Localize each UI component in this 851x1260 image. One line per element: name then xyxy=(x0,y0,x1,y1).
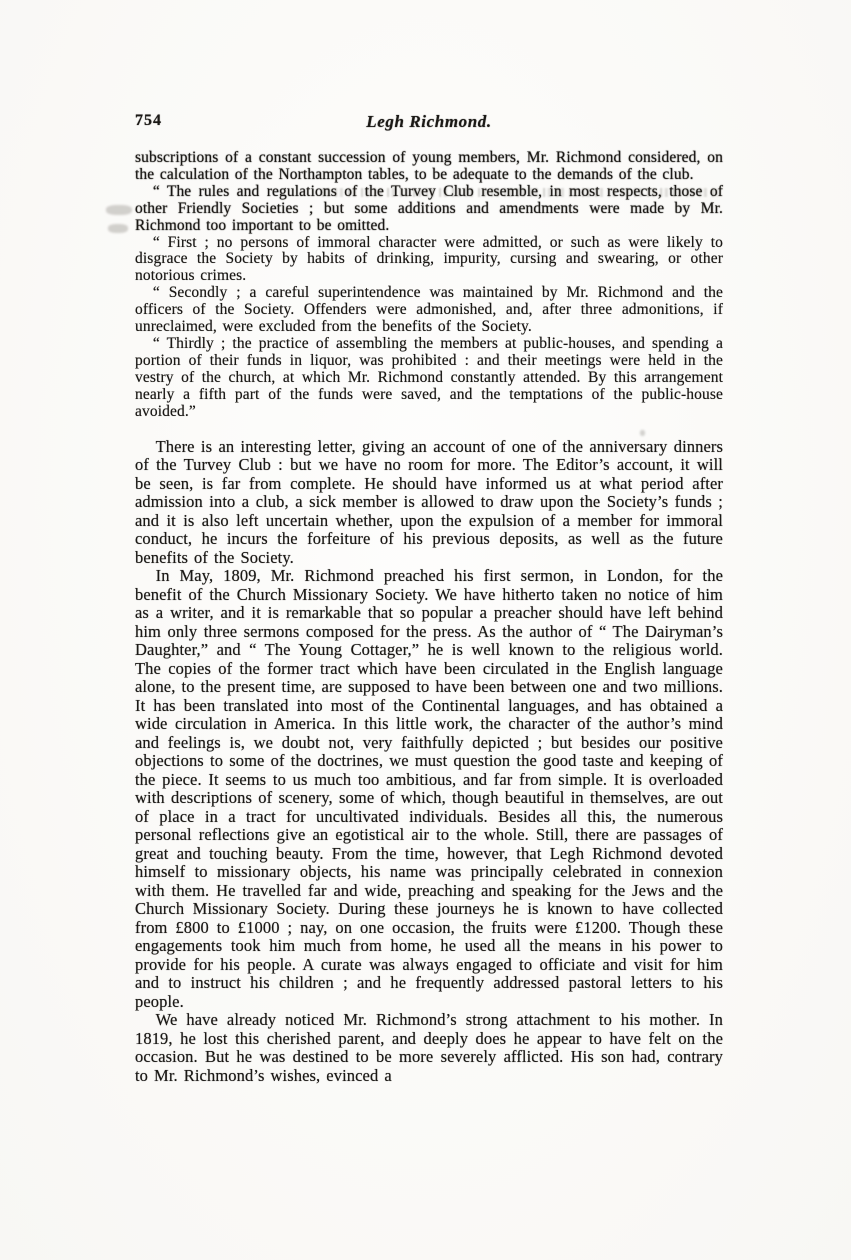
scan-artifact xyxy=(106,205,132,215)
text-column: 754 Legh Richmond. subscriptions of a co… xyxy=(135,112,723,1085)
body-paragraph: There is an interesting letter, giving a… xyxy=(135,438,723,568)
running-title: Legh Richmond. xyxy=(135,112,723,132)
extract-paragraph: subscriptions of a constant succession o… xyxy=(135,150,723,184)
body-paragraph: We have already noticed Mr. Richmond’s s… xyxy=(135,1011,723,1085)
extract-paragraph: “ Thirdly ; the practice of assembling t… xyxy=(135,336,723,421)
extract-paragraph: “ The rules and regulations of the Turve… xyxy=(135,184,723,235)
extract-paragraph: “ Secondly ; a careful superintendence w… xyxy=(135,285,723,336)
body-paragraph: In May, 1809, Mr. Richmond preached his … xyxy=(135,567,723,1011)
page-header: 754 Legh Richmond. xyxy=(135,112,723,134)
book-page: 754 Legh Richmond. subscriptions of a co… xyxy=(0,0,851,1260)
page-number: 754 xyxy=(135,112,162,130)
extract-paragraph: “ First ; no persons of immoral characte… xyxy=(135,235,723,286)
quoted-extract-block: subscriptions of a constant succession o… xyxy=(135,150,723,421)
review-body-block: There is an interesting letter, giving a… xyxy=(135,438,723,1086)
scan-artifact xyxy=(108,224,128,233)
